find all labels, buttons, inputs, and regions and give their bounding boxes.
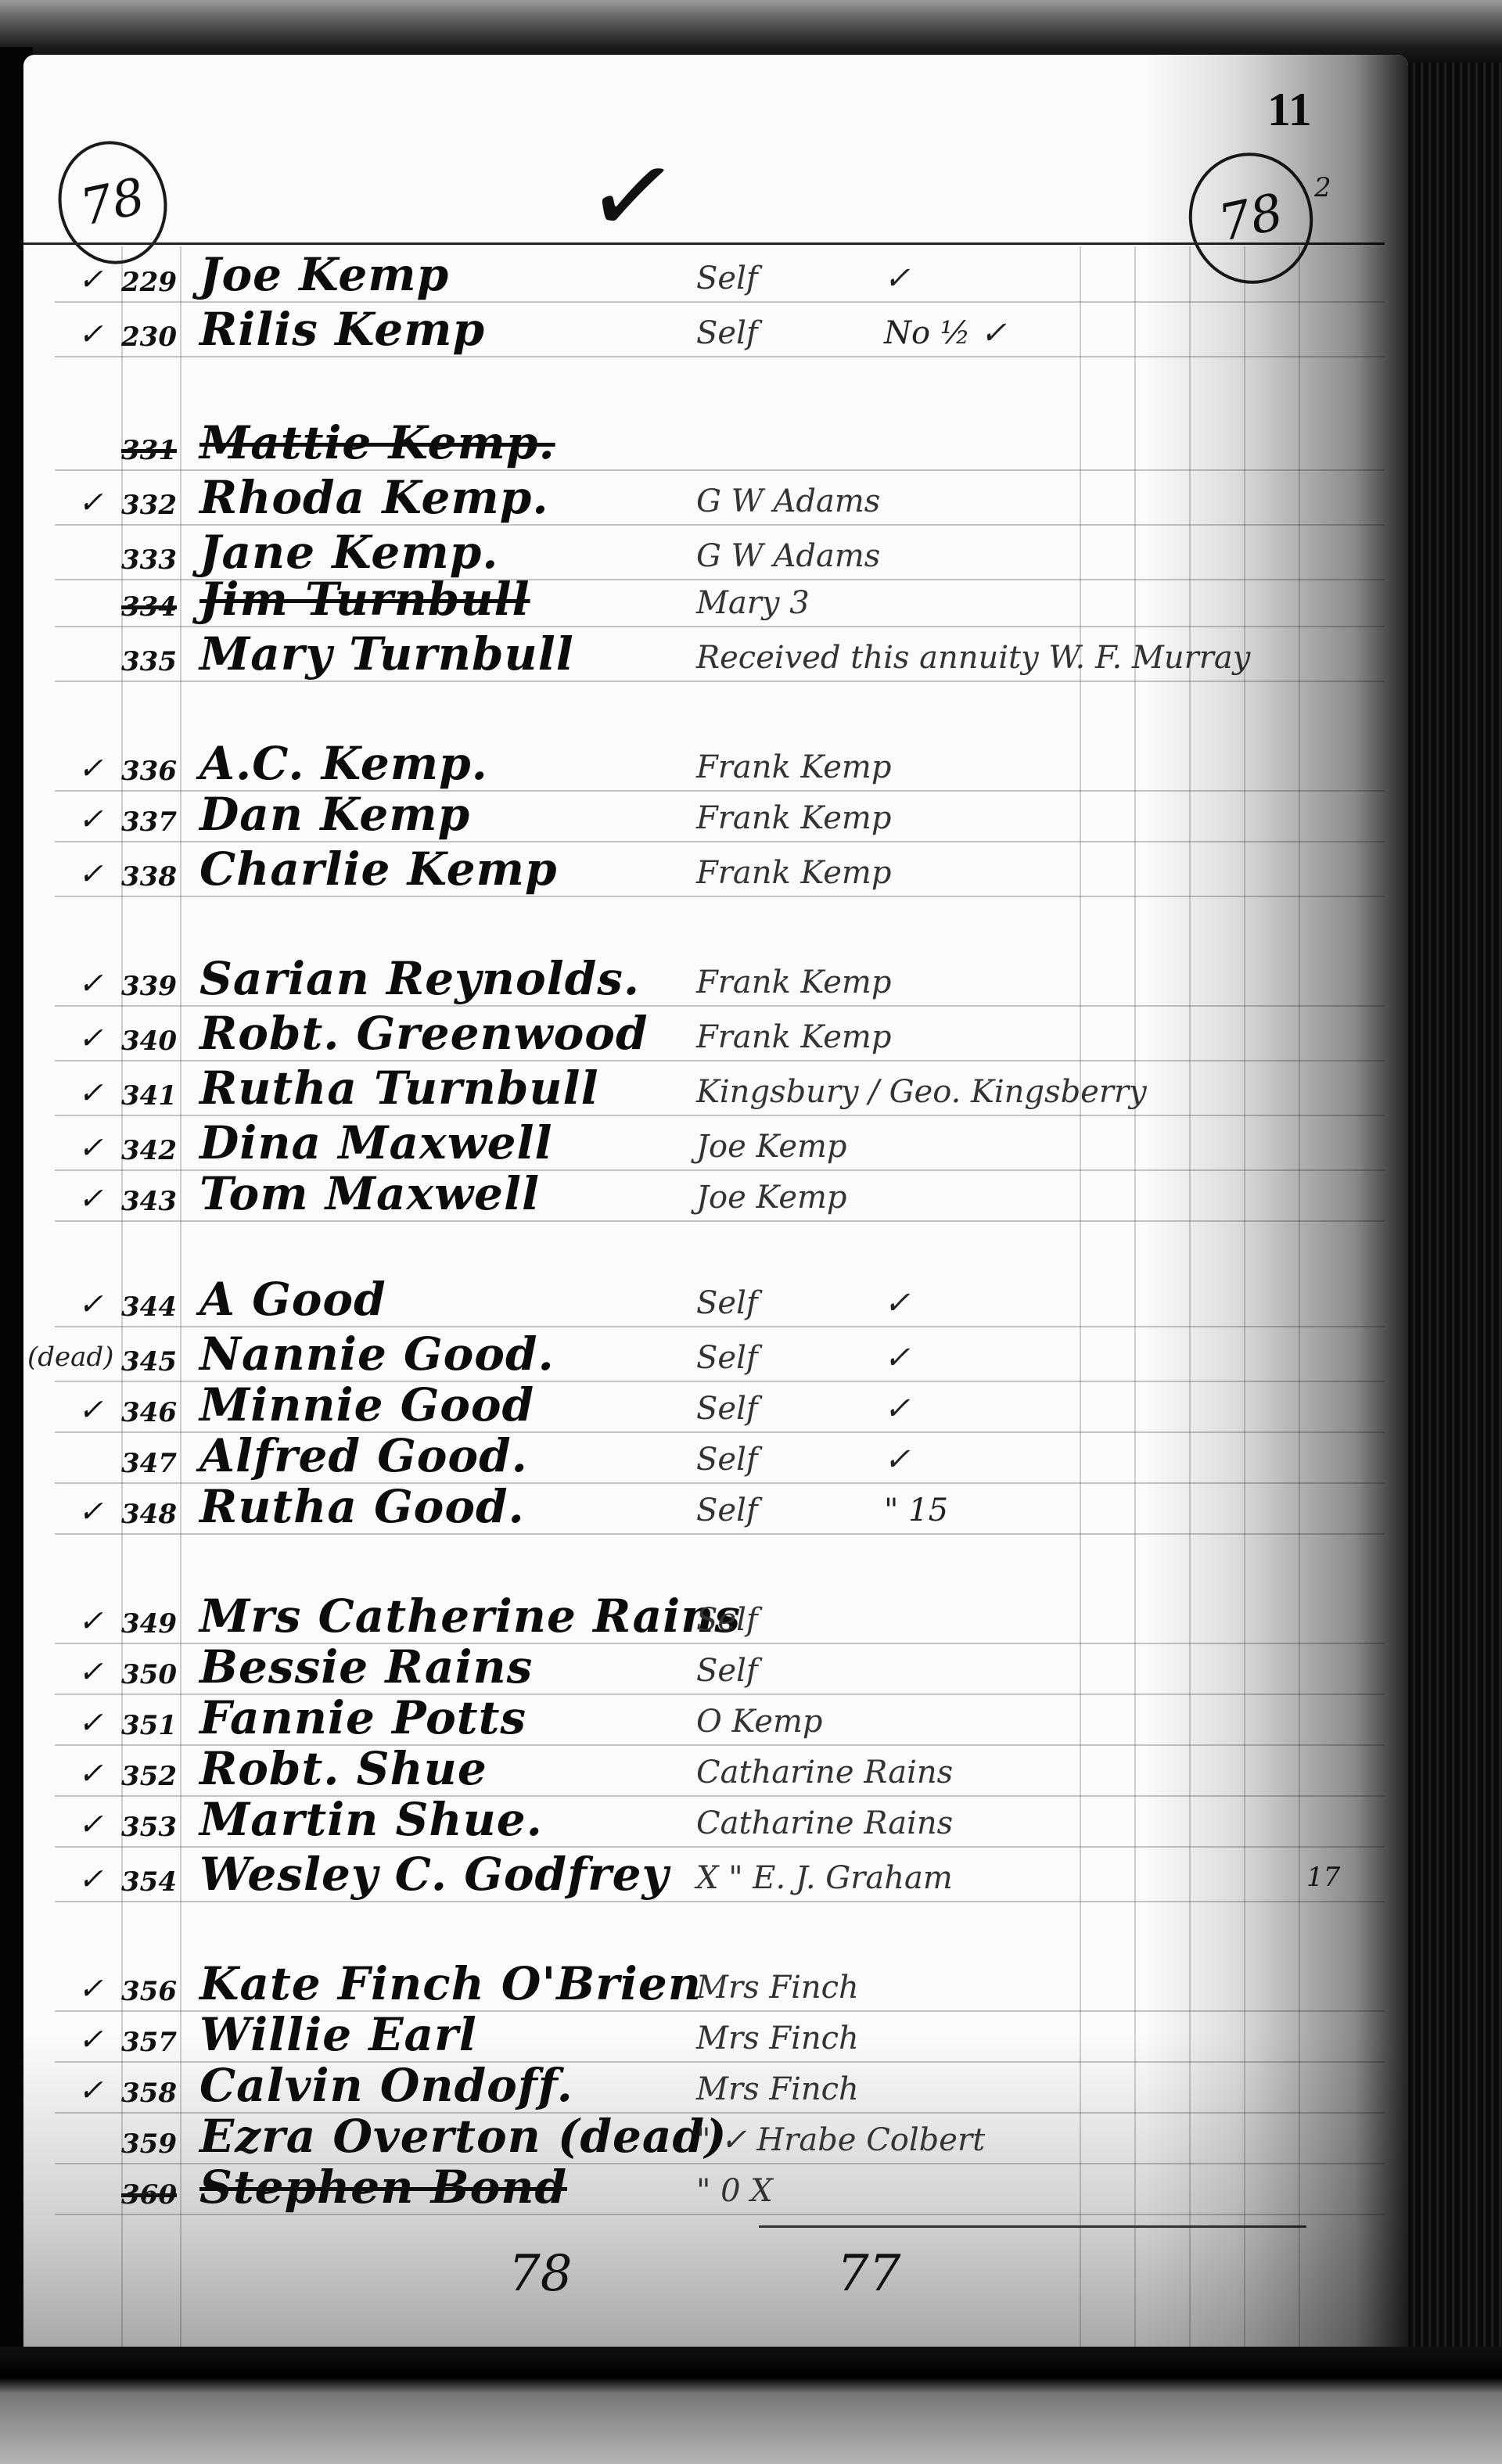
- entry-note: ✓: [884, 1391, 911, 1427]
- check-mark-icon: ✓: [78, 966, 103, 1000]
- header-margin-mark: 2: [1314, 172, 1331, 203]
- ledger-row: ✓337Dan KempFrank Kemp: [55, 786, 1385, 841]
- ledger-row: ✓353Martin Shue.Catharine Rains: [55, 1791, 1385, 1846]
- check-mark-icon: ✓: [78, 1494, 103, 1528]
- entry-sponsor: Self: [696, 1442, 758, 1478]
- check-mark-icon: ✓: [78, 802, 103, 836]
- entry-sponsor: X " E. J. Graham: [696, 1860, 953, 1896]
- ledger-row: ✓354Wesley C. GodfreyX " E. J. Graham: [55, 1846, 1385, 1901]
- entry-name: Rhoda Kemp.: [199, 471, 549, 524]
- entry-note: ✓: [884, 260, 911, 296]
- entry-number: 339: [121, 971, 177, 1002]
- ledger-row: ✓341Rutha TurnbullKingsbury / Geo. Kings…: [55, 1060, 1385, 1115]
- entry-number: 341: [121, 1080, 177, 1112]
- check-mark-icon: ✓: [78, 857, 103, 891]
- entry-sponsor: Frank Kemp: [696, 1019, 891, 1055]
- entry-sponsor: Joe Kemp: [696, 1129, 847, 1165]
- entry-number: 335: [121, 646, 177, 677]
- ledger-row: ✓344A GoodSelf✓: [55, 1271, 1385, 1326]
- entry-sponsor: Frank Kemp: [696, 749, 891, 785]
- ledger-row: ✓343Tom MaxwellJoe Kemp: [55, 1166, 1385, 1220]
- entry-sponsor: Joe Kemp: [696, 1180, 847, 1216]
- entry-number: 350: [121, 1659, 177, 1690]
- page-number: 11: [1267, 83, 1312, 137]
- ledger-row: 360Stephen Bond" 0 X: [55, 2159, 1385, 2214]
- entry-name: Dina Maxwell: [199, 1116, 553, 1169]
- entry-note: No ½ ✓: [884, 315, 1007, 351]
- entry-sponsor: Mary 3: [696, 585, 810, 621]
- entry-name: Mary Turnbull: [199, 627, 574, 681]
- entry-name: Wesley C. Godfrey: [199, 1848, 669, 1901]
- entry-sponsor: Self: [696, 1602, 758, 1638]
- check-mark-icon: ✓: [78, 317, 103, 351]
- check-mark-icon: ✓: [78, 1130, 103, 1165]
- ruled-line: [55, 1533, 1385, 1535]
- ledger-row: ✓356Kate Finch O'BrienMrs Finch: [55, 1956, 1385, 2010]
- ruled-line: [55, 681, 1385, 682]
- entry-note: " 15: [884, 1492, 948, 1528]
- entry-number: 229: [121, 267, 177, 298]
- entry-name: Rutha Turnbull: [199, 1061, 599, 1115]
- entry-name: Kate Finch O'Brien: [199, 1957, 702, 2010]
- entry-number: 344: [121, 1291, 177, 1323]
- ledger-row: 345Nannie Good.Self✓: [55, 1326, 1385, 1381]
- entry-number: 347: [121, 1448, 177, 1479]
- ledger-row: ✓351Fannie PottsO Kemp: [55, 1690, 1385, 1744]
- entry-number: 354: [121, 1866, 177, 1898]
- entry-number: 338: [121, 861, 177, 893]
- entry-sponsor: Self: [696, 260, 758, 296]
- check-mark-icon: ✓: [78, 1392, 103, 1427]
- entry-sponsor: Self: [696, 315, 758, 351]
- entry-name: Fannie Potts: [199, 1691, 526, 1744]
- entry-number: 351: [121, 1710, 177, 1741]
- ledger-row: ✓358Calvin Ondoff.Mrs Finch: [55, 2057, 1385, 2112]
- entry-number: 230: [121, 321, 177, 353]
- header-rule: [23, 242, 1385, 245]
- entry-sponsor: Mrs Finch: [696, 2071, 859, 2107]
- entry-number: 360: [121, 2179, 177, 2211]
- ledger-row: ✓352Robt. ShueCatharine Rains: [55, 1740, 1385, 1795]
- ledger-row: 334Jim TurnbullMary 3: [55, 571, 1385, 626]
- ruled-line: [55, 1220, 1385, 1222]
- entry-sponsor: Kingsbury / Geo. Kingsberry: [696, 1074, 1147, 1110]
- ruled-line: [55, 896, 1385, 897]
- check-mark-icon: ✓: [578, 128, 687, 267]
- ledger-row: 347Alfred Good.Self✓: [55, 1428, 1385, 1482]
- entry-sponsor: G W Adams: [696, 538, 880, 574]
- entry-name: A.C. Kemp.: [199, 737, 488, 790]
- check-mark-icon: ✓: [78, 2073, 103, 2107]
- entry-note: ✓: [884, 1285, 911, 1321]
- left-total: 78: [508, 2245, 572, 2303]
- check-mark-icon: ✓: [78, 751, 103, 785]
- entry-number: 345: [121, 1346, 177, 1377]
- ledger-row: ✓338Charlie KempFrank Kemp: [55, 841, 1385, 896]
- entry-number: 332: [121, 490, 177, 521]
- ledger-row: ✓230Rilis KempSelfNo ½ ✓: [55, 301, 1385, 356]
- check-mark-icon: ✓: [78, 1971, 103, 2006]
- ledger-row: 335Mary TurnbullReceived this annuity W.…: [55, 626, 1385, 681]
- check-mark-icon: ✓: [78, 485, 103, 519]
- check-mark-icon: ✓: [78, 2022, 103, 2056]
- check-mark-icon: ✓: [78, 1654, 103, 1689]
- entry-name: Charlie Kemp: [199, 842, 558, 896]
- entry-sponsor: Self: [696, 1492, 758, 1528]
- ledger-row: ✓349Mrs Catherine RainsSelf: [55, 1588, 1385, 1643]
- entry-sponsor: " 0 X: [696, 2173, 773, 2209]
- entry-name: Calvin Ondoff.: [199, 2059, 573, 2112]
- ledger-row: ✓339Sarian Reynolds.Frank Kemp: [55, 950, 1385, 1005]
- check-mark-icon: ✓: [78, 1705, 103, 1740]
- entry-name: Mattie Kemp.: [199, 416, 555, 469]
- entry-number: 331: [121, 435, 177, 466]
- entry-sponsor: Catharine Rains: [696, 1805, 953, 1841]
- entry-sponsor: Frank Kemp: [696, 964, 891, 1000]
- entry-name: Bessie Rains: [199, 1640, 533, 1694]
- scanner-bottom-edge: [0, 2347, 1502, 2464]
- check-mark-icon: ✓: [78, 1756, 103, 1791]
- entry-number: 334: [121, 591, 177, 623]
- ruled-line: [55, 1901, 1385, 1902]
- check-mark-icon: ✓: [78, 1862, 103, 1896]
- ledger-page: 78 ✓ 11 78 2 ✓229Joe KempSelf✓✓230Rilis …: [23, 55, 1408, 2362]
- entry-name: Martin Shue.: [199, 1793, 543, 1846]
- entry-name: Robt. Shue: [199, 1742, 487, 1795]
- entry-number: 359: [121, 2128, 177, 2160]
- ledger-row: ✓332Rhoda Kemp.G W Adams: [55, 469, 1385, 524]
- entry-name: Robt. Greenwood: [199, 1007, 649, 1060]
- check-mark-icon: ✓: [78, 262, 103, 296]
- entry-sponsor: Frank Kemp: [696, 800, 891, 836]
- entry-name: Sarian Reynolds.: [199, 952, 640, 1005]
- entry-note: ✓: [884, 1442, 911, 1478]
- entry-number: 358: [121, 2078, 177, 2109]
- check-mark-icon: ✓: [78, 1076, 103, 1110]
- ledger-row: ✓346Minnie GoodSelf✓: [55, 1377, 1385, 1431]
- entry-sponsor: Mrs Finch: [696, 1970, 859, 2006]
- entry-number: 337: [121, 806, 177, 838]
- ledger-row: ✓340Robt. GreenwoodFrank Kemp: [55, 1005, 1385, 1060]
- ledger-row: ✓350Bessie RainsSelf: [55, 1639, 1385, 1694]
- entry-sponsor: Catharine Rains: [696, 1755, 953, 1791]
- entry-sponsor: Mrs Finch: [696, 2020, 859, 2056]
- ledger-row: ✓229Joe KempSelf✓: [55, 246, 1385, 301]
- ledger-row: ✓357Willie EarlMrs Finch: [55, 2006, 1385, 2061]
- entry-number: 353: [121, 1812, 177, 1843]
- entry-number: 348: [121, 1499, 177, 1530]
- entry-number: 352: [121, 1761, 177, 1792]
- entry-name: Mrs Catherine Rains: [199, 1589, 741, 1643]
- ruled-line: [55, 2214, 1385, 2215]
- entry-number: 346: [121, 1397, 177, 1428]
- entry-name: Tom Maxwell: [199, 1167, 540, 1220]
- entry-sponsor: Self: [696, 1653, 758, 1689]
- entry-sponsor: Self: [696, 1285, 758, 1321]
- entry-sponsor: O Kemp: [696, 1704, 823, 1740]
- check-mark-icon: ✓: [78, 1604, 103, 1638]
- entry-name: Rutha Good.: [199, 1480, 525, 1533]
- ledger-row: ✓336A.C. Kemp.Frank Kemp: [55, 735, 1385, 790]
- ledger-row: ✓348Rutha Good.Self" 15: [55, 1478, 1385, 1533]
- entry-name: Rilis Kemp: [199, 303, 485, 356]
- entry-name: Stephen Bond: [199, 2160, 567, 2214]
- entry-number: 342: [121, 1135, 177, 1166]
- check-mark-icon: ✓: [78, 1807, 103, 1841]
- ruled-line: [55, 356, 1385, 357]
- ledger-row: 359Ezra Overton (dead)" ✓ Hrabe Colbert: [55, 2108, 1385, 2163]
- check-mark-icon: ✓: [78, 1021, 103, 1055]
- entry-sponsor: Received this annuity W. F. Murray: [696, 640, 1250, 676]
- page-stack-edge: [1400, 63, 1502, 2347]
- entry-sponsor: Frank Kemp: [696, 855, 891, 891]
- right-total: 77: [837, 2245, 900, 2303]
- entry-name: Dan Kemp: [199, 788, 470, 841]
- check-mark-icon: ✓: [78, 1181, 103, 1216]
- entry-note: ✓: [884, 1340, 911, 1376]
- entry-number: 336: [121, 756, 177, 787]
- entry-number: 357: [121, 2027, 177, 2058]
- entry-sponsor: G W Adams: [696, 483, 880, 519]
- entry-name: Jim Turnbull: [199, 573, 530, 626]
- margin-number: 17: [1306, 1862, 1340, 1893]
- entry-number: 340: [121, 1025, 177, 1057]
- entry-sponsor: " ✓ Hrabe Colbert: [696, 2122, 985, 2158]
- total-rule: [759, 2225, 1306, 2228]
- entry-name: Joe Kemp: [199, 248, 449, 301]
- entry-name: Alfred Good.: [199, 1429, 528, 1482]
- entry-name: A Good: [199, 1273, 386, 1326]
- entry-name: Ezra Overton (dead): [199, 2110, 727, 2163]
- entry-number: 349: [121, 1608, 177, 1640]
- entry-name: Nannie Good.: [199, 1327, 555, 1381]
- entry-number: 356: [121, 1976, 177, 2007]
- ledger-row: ✓342Dina MaxwellJoe Kemp: [55, 1115, 1385, 1169]
- entry-number: 343: [121, 1186, 177, 1217]
- entry-sponsor: Self: [696, 1340, 758, 1376]
- entry-name: Minnie Good: [199, 1378, 534, 1431]
- entry-sponsor: Self: [696, 1391, 758, 1427]
- check-mark-icon: ✓: [78, 1287, 103, 1321]
- ledger-row: 331Mattie Kemp.: [55, 415, 1385, 469]
- entry-name: Willie Earl: [199, 2008, 477, 2061]
- dead-annotation: (dead): [27, 1342, 113, 1373]
